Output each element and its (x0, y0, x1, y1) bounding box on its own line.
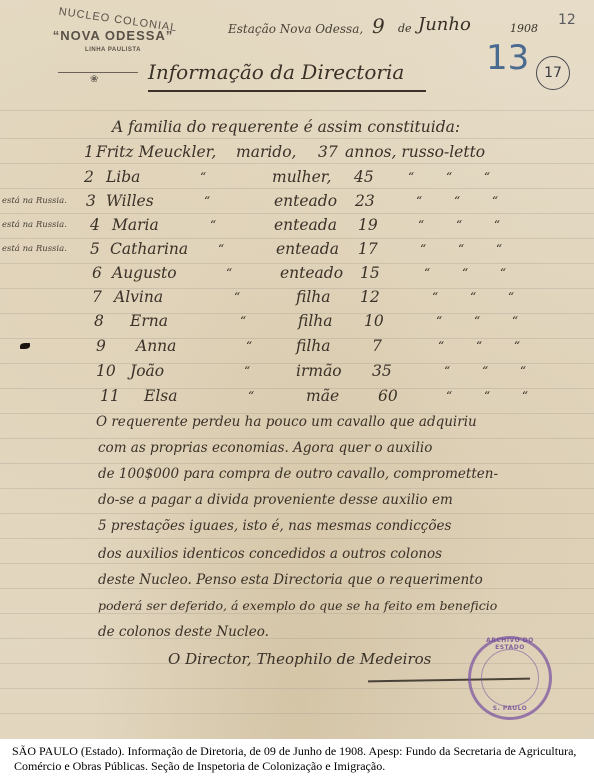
body-line: dos auxilios identicos concedidos a outr… (98, 546, 442, 562)
stamp-top-text: ARCHIVO DO ESTADO (471, 637, 549, 651)
ruled-line (0, 163, 594, 164)
intro-line: A familia do requerente é assim constitu… (112, 118, 460, 136)
body-line: de colonos deste Nucleo. (98, 624, 269, 640)
row-ditto: “ (244, 364, 250, 378)
archive-stamp: ARCHIVO DO ESTADO S. PAULO (468, 636, 552, 720)
row-number: 7 (92, 288, 102, 306)
blue-folio-number: 13 (486, 38, 529, 78)
row-number: 1 (84, 143, 94, 161)
row-ditto: “ (204, 194, 210, 208)
row-relation: enteado (274, 192, 337, 210)
row-ditto: “ (226, 266, 232, 280)
row-number: 6 (92, 264, 102, 282)
row-age: 45 (354, 168, 374, 186)
ruled-line (0, 488, 594, 489)
caption-line-1: SÃO PAULO (Estado). Informação de Direto… (12, 744, 592, 759)
row-name: Alvina (114, 288, 163, 306)
row-margin-note: está na Russia. (2, 244, 67, 254)
row-relation: mulher, (272, 168, 331, 186)
row-age: 60 (378, 387, 398, 405)
letterhead-subtitle: LINHA PAULISTA (38, 47, 188, 53)
row-margin-note: está na Russia. (2, 196, 67, 206)
ruled-line (0, 463, 594, 464)
ruled-line (0, 188, 594, 189)
row-age: 37 (318, 143, 338, 161)
ruled-line (0, 538, 594, 539)
row-ditto: “ (210, 218, 216, 232)
row-name: Catharina (110, 240, 188, 258)
ruled-line (0, 563, 594, 564)
row-number: 5 (90, 240, 100, 258)
row-relation: filha (298, 312, 333, 330)
body-line: do-se a pagar a divida proveniente desse… (98, 492, 453, 508)
stamp-bottom-text: S. PAULO (471, 705, 549, 712)
row-rest: “ “ “ (424, 266, 506, 280)
ruled-line (0, 588, 594, 589)
row-relation: enteada (276, 240, 339, 258)
row-ditto: “ (234, 290, 240, 304)
row-number: 11 (100, 387, 120, 405)
row-relation: filha (296, 337, 331, 355)
row-age: 10 (364, 312, 384, 330)
title-underline (148, 90, 426, 92)
ruled-line (0, 613, 594, 614)
row-ditto: “ (240, 314, 246, 328)
dateline-de: de (398, 22, 412, 35)
pencil-annotation: 12 (558, 12, 576, 28)
ruled-line (0, 238, 594, 239)
row-ditto: “ (200, 170, 206, 184)
row-relation: marido, (236, 143, 297, 161)
caption-line-2: Comércio e Obras Públicas. Seção de Insp… (12, 759, 592, 774)
image-caption: SÃO PAULO (Estado). Informação de Direto… (12, 744, 592, 774)
row-number: 9 (96, 337, 106, 355)
row-name: Willes (106, 192, 154, 210)
scanned-document: NUCLEO COLONIAL “NOVA ODESSA” LINHA PAUL… (0, 0, 594, 739)
row-rest: “ “ “ (446, 389, 528, 403)
row-age: 17 (358, 240, 378, 258)
row-name: Erna (130, 312, 168, 330)
row-name: João (130, 362, 164, 380)
ruled-line (0, 138, 594, 139)
row-age: 23 (355, 192, 375, 210)
row-age: 19 (358, 216, 378, 234)
row-relation: irmão (296, 362, 342, 380)
row-relation: mãe (306, 387, 339, 405)
letterhead: NUCLEO COLONIAL “NOVA ODESSA” LINHA PAUL… (38, 14, 188, 53)
row-name: Elsa (144, 387, 177, 405)
row-age: 7 (372, 337, 382, 355)
body-line: poderá ser deferido, á exemplo do que se… (98, 598, 497, 613)
row-relation: enteado (280, 264, 343, 282)
row-name: Fritz Meuckler, (96, 143, 216, 161)
body-line: com as proprias economias. Agora quer o … (98, 440, 432, 456)
dateline-day: 9 (372, 14, 385, 38)
ruled-line (0, 110, 594, 111)
row-number: 3 (86, 192, 96, 210)
row-rest: “ “ “ (408, 170, 490, 184)
row-age: 12 (360, 288, 380, 306)
row-age: 15 (360, 264, 380, 282)
ink-blot-mark (20, 343, 30, 349)
row-relation: enteada (274, 216, 337, 234)
row-age: 35 (372, 362, 392, 380)
row-rest: “ “ “ (418, 218, 500, 232)
stamp-inner-ring (481, 649, 539, 707)
body-line: de 100$000 para compra de outro cavallo,… (98, 466, 498, 482)
row-ditto: “ (248, 389, 254, 403)
signature: O Director, Theophilo de Medeiros (168, 650, 431, 668)
row-margin-note: está na Russia. (2, 220, 67, 230)
ruled-line (0, 213, 594, 214)
row-number: 4 (90, 216, 100, 234)
row-rest: “ “ “ (438, 339, 520, 353)
row-rest: “ “ “ (420, 242, 502, 256)
dateline-year: 1908 (510, 22, 538, 35)
row-number: 8 (94, 312, 104, 330)
dateline-month: Junho (418, 14, 471, 35)
palm-icon: ❀ (90, 74, 98, 85)
row-relation: filha (296, 288, 331, 306)
row-name: Augusto (112, 264, 177, 282)
row-name: Maria (112, 216, 159, 234)
row-rest: “ “ “ (444, 364, 526, 378)
row-ditto: “ (218, 242, 224, 256)
circled-page-number: 17 (536, 56, 570, 90)
row-name: Anna (136, 337, 176, 355)
letterhead-divider (58, 72, 138, 73)
row-rest: annos, russo-letto (345, 143, 485, 161)
body-line: O requerente perdeu ha pouco um cavallo … (96, 414, 477, 430)
body-line: deste Nucleo. Penso esta Directoria que … (98, 572, 483, 588)
ruled-line (0, 513, 594, 514)
row-ditto: “ (246, 339, 252, 353)
row-rest: “ “ “ (416, 194, 498, 208)
ruled-line (0, 438, 594, 439)
document-title: Informação da Directoria (148, 60, 404, 84)
row-number: 10 (96, 362, 116, 380)
row-name: Liba (106, 168, 140, 186)
body-line: 5 prestações iguaes, isto é, nas mesmas … (98, 518, 451, 534)
row-number: 2 (84, 168, 94, 186)
row-rest: “ “ “ (432, 290, 514, 304)
dateline-station: Estação Nova Odessa, (228, 22, 363, 36)
row-rest: “ “ “ (436, 314, 518, 328)
